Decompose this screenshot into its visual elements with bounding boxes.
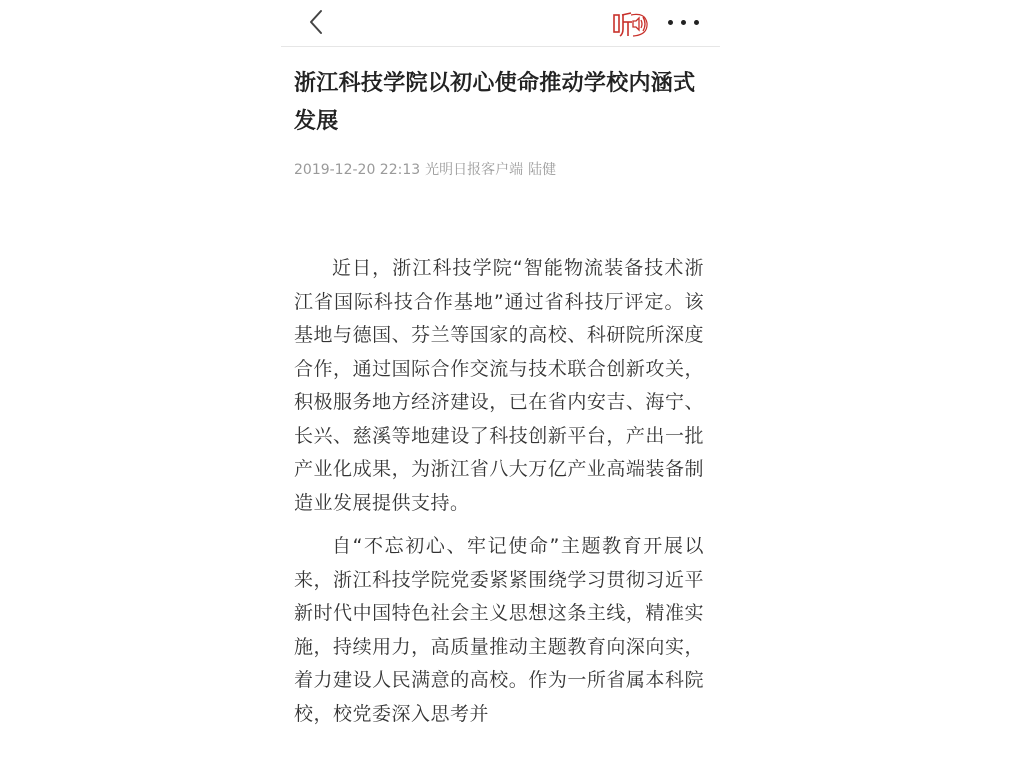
article-meta: 2019-12-20 22:13光明日报客户端陆健: [294, 160, 561, 180]
page: 浙江科技学院以初心使命推动学校内涵式发展 2019-12-20 22:13光明日…: [0, 0, 1024, 767]
listen-button[interactable]: [611, 9, 651, 39]
chevron-left-icon: [305, 8, 329, 36]
article-paragraph: 近日，浙江科技学院“智能物流装备技术浙江省国际科技合作基地”通过省科技厅评定。该…: [294, 252, 704, 520]
article-title: 浙江科技学院以初心使命推动学校内涵式发展: [294, 65, 709, 141]
article-body: 近日，浙江科技学院“智能物流装备技术浙江省国际科技合作基地”通过省科技厅评定。该…: [294, 252, 704, 741]
speaker-listen-icon: [611, 9, 651, 39]
article-source: 光明日报客户端: [425, 162, 523, 178]
publish-datetime: 2019-12-20 22:13: [294, 162, 420, 178]
article-author: 陆健: [528, 162, 556, 178]
article-paragraph: 自“不忘初心、牢记使命”主题教育开展以来，浙江科技学院党委紧紧围绕学习贯彻习近平…: [294, 530, 704, 731]
back-button[interactable]: [305, 8, 329, 36]
top-navigation-bar: [281, 0, 720, 47]
article-screen: 浙江科技学院以初心使命推动学校内涵式发展 2019-12-20 22:13光明日…: [281, 0, 720, 767]
more-options-button[interactable]: [664, 10, 704, 34]
